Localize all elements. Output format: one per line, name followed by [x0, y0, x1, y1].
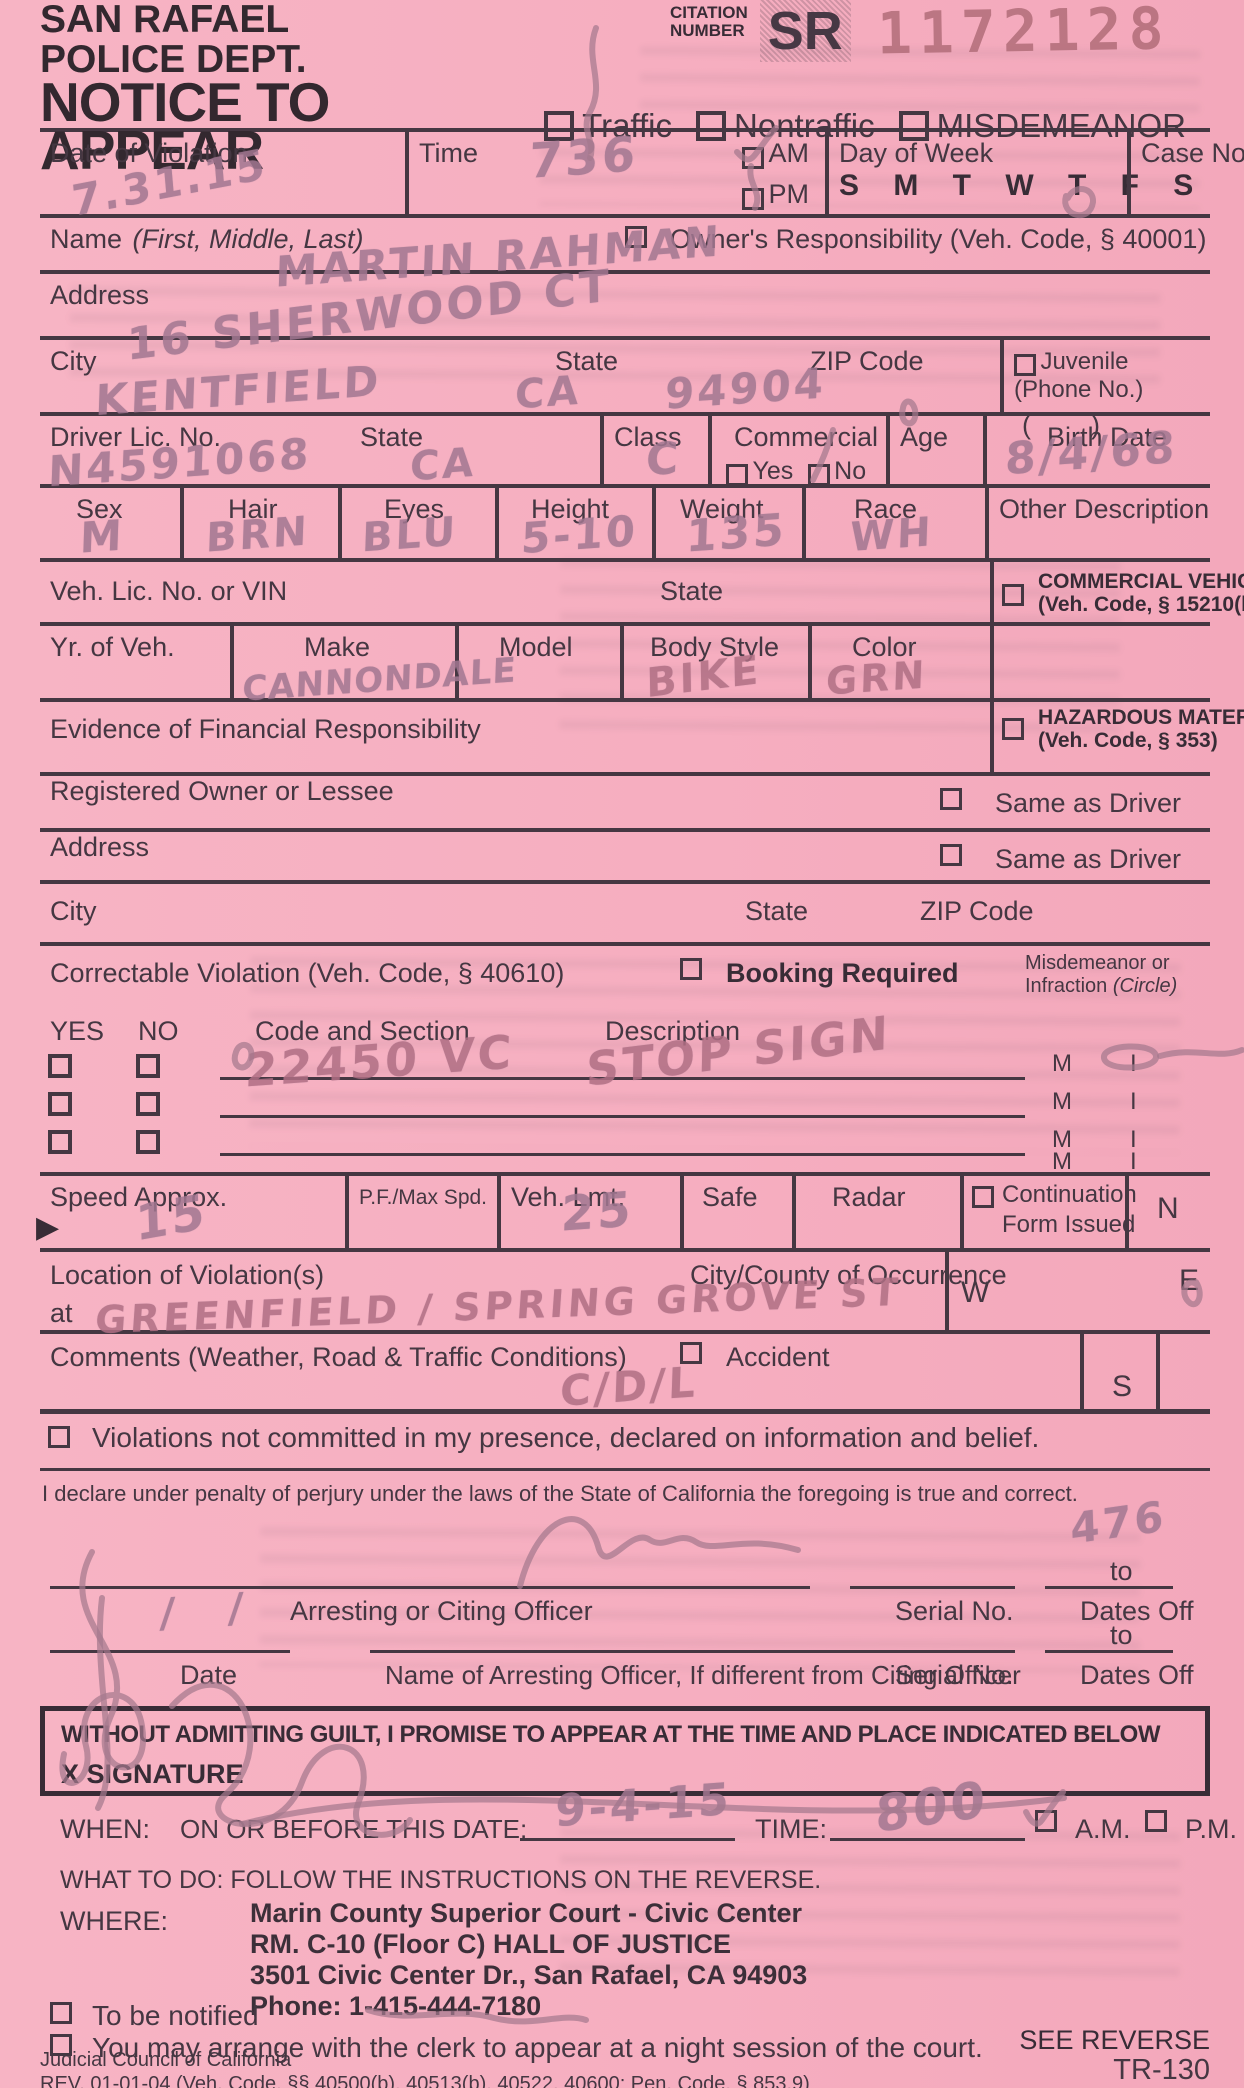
not-committed-row: Violations not committed in my presence,…: [40, 1414, 1210, 1468]
same-as-driver-label-2: Same as Driver: [985, 838, 1181, 875]
booking-required-label: Booking Required: [716, 952, 959, 989]
what-to-do-label: WHAT TO DO: FOLLOW THE INSTRUCTIONS ON T…: [50, 1860, 821, 1895]
yes-col-label: YES: [40, 1010, 104, 1047]
court-name: Marin County Superior Court - Civic Cent…: [250, 1898, 807, 1929]
pm-label: PM: [768, 179, 809, 209]
accident-label: Accident: [716, 1336, 830, 1373]
commercial-label: Commercial: [712, 416, 886, 453]
continuation-form-label: ContinuationForm Issued: [1002, 1180, 1137, 1240]
weight-value: 135: [685, 504, 787, 562]
other-description-label: Other Description: [989, 488, 1210, 525]
commercial-no-checkbox: [808, 464, 830, 486]
case-no-label: Case No.: [1131, 132, 1210, 169]
yr-of-veh-label: Yr. of Veh.: [40, 626, 230, 663]
physical-description-row: Sex M Hair BRN Eyes BLU Height 5-10 Weig…: [40, 488, 1210, 562]
appear-am-label: A.M.: [1065, 1808, 1131, 1845]
evidence-label: Evidence of Financial Responsibility: [40, 708, 481, 745]
citation-number-label: CITATION NUMBER: [670, 4, 748, 40]
violation2-yes-checkbox: [48, 1092, 72, 1116]
to-be-notified-checkbox: [50, 2002, 72, 2024]
am-label: AM: [768, 138, 809, 168]
owner-address-label: Address: [40, 826, 149, 862]
owner-zip-label: ZIP Code: [910, 890, 1034, 927]
registered-owner-label: Registered Owner or Lessee: [40, 770, 394, 806]
speed-row: Speed Approx. ▶ 15 P.F./Max Spd. Veh. Lm…: [40, 1176, 1210, 1252]
date-label: Date: [170, 1654, 237, 1691]
where-block: WHERE: Marin County Superior Court - Civ…: [40, 1898, 1210, 2000]
age-label: Age: [890, 416, 983, 453]
eyes-value: BLU: [361, 509, 458, 562]
appear-date-value: 9-4-15: [554, 1774, 732, 1838]
arrow-marker: ▶: [36, 1210, 59, 1245]
owner-responsibility-label: Owner's Responsibility (Veh. Code, § 400…: [660, 218, 1206, 255]
dates-off-label-2: Dates Off: [1070, 1654, 1194, 1691]
where-label: WHERE:: [50, 1900, 168, 1937]
time-value: 736: [528, 126, 639, 190]
compass-east: E: [1179, 1264, 1199, 1298]
day-of-week-days: S M T W T F S: [829, 169, 1127, 203]
commercial-yes-label: Yes: [752, 457, 793, 485]
violation3-no-checkbox: [136, 1130, 160, 1154]
citing-officer-label: Arresting or Citing Officer: [280, 1590, 593, 1627]
violation3-yes-checkbox: [48, 1130, 72, 1154]
appear-am-checkbox: [1035, 1810, 1057, 1832]
pf-max-spd-label: P.F./Max Spd.: [349, 1176, 497, 1210]
race-value: WH: [849, 509, 934, 561]
sex-value: M: [79, 510, 125, 562]
violation1-i: I: [1130, 1050, 1137, 1078]
perjury-row: I declare under penalty of perjury under…: [40, 1468, 1210, 1526]
citation-form: SAN RAFAEL POLICE DEPT. CITATION NUMBER …: [0, 0, 1244, 2088]
address-label: Address: [40, 274, 1210, 311]
comments-row: Comments (Weather, Road & Traffic Condit…: [40, 1334, 1210, 1414]
vehicle-detail-row: Yr. of Veh. Make CANNONDALE Model Body S…: [40, 626, 1210, 702]
same-as-driver-checkbox-1: [940, 788, 962, 810]
owner-state-label: State: [735, 890, 808, 927]
violation-date-row: Date of Violation 7.31.15 Time 736 AM PM…: [40, 132, 1210, 218]
appear-pm-label: P.M.: [1175, 1808, 1237, 1845]
when-label: WHEN:: [50, 1808, 150, 1845]
misdemeanor-or-infraction-note: Misdemeanor or Infraction (Circle): [1025, 952, 1177, 998]
officer-block: Arresting or Citing Officer Serial No. D…: [40, 1526, 1210, 1702]
commercial-yes-checkbox: [726, 464, 748, 486]
pm-checkbox: [742, 188, 764, 210]
revision-label: REV. 01-01-04 (Veh. Code, §§ 40500(b), 4…: [40, 2072, 810, 2088]
vin-label: Veh. Lic. No. or VIN: [40, 570, 287, 607]
hair-value: BRN: [205, 508, 310, 561]
commercial-no-label: No: [834, 457, 866, 485]
safe-label: Safe: [684, 1176, 792, 1213]
serial-no-label-1: Serial No.: [885, 1590, 1014, 1627]
city-state-value: CA: [514, 368, 582, 419]
court-room: RM. C-10 (Floor C) HALL OF JUSTICE: [250, 1929, 807, 1960]
at-label: at: [40, 1292, 73, 1329]
commercial-vehicle-code: (Veh. Code, § 15210(b)): [1038, 593, 1244, 616]
color-value: GRN: [825, 652, 928, 703]
promise-text: WITHOUT ADMITTING GUILT, I PROMISE TO AP…: [61, 1721, 1189, 1749]
conditions-value: C/D/L: [559, 1357, 699, 1416]
what-to-do-row: WHAT TO DO: FOLLOW THE INSTRUCTIONS ON T…: [40, 1858, 1210, 1898]
to-label-1: to: [1100, 1550, 1133, 1587]
booking-required-checkbox: [680, 958, 702, 980]
continuation-form-checkbox: [972, 1186, 994, 1208]
serial-no-label-2: Serial No.: [885, 1654, 1014, 1691]
same-as-driver-label-1: Same as Driver: [985, 782, 1181, 819]
day-of-week-label: Day of Week: [829, 132, 1127, 169]
not-committed-label: Violations not committed in my presence,…: [92, 1422, 1039, 1454]
city-label: City: [40, 340, 97, 377]
judicial-council-label: Judicial Council of California: [40, 2048, 810, 2072]
footer: Judicial Council of California REV. 01-0…: [40, 2062, 1210, 2088]
address-row: Address 16 SHERWOOD CT: [40, 274, 1210, 340]
veh-lmt-value: 25: [560, 1181, 635, 1242]
location-label: Location of Violation(s): [40, 1254, 324, 1291]
appear-pm-checkbox: [1145, 1810, 1167, 1832]
violation4-m: M: [1052, 1148, 1072, 1176]
violation2-i: I: [1130, 1088, 1137, 1116]
violation4-i: I: [1130, 1148, 1137, 1176]
not-committed-checkbox: [48, 1426, 70, 1448]
class-value: C: [645, 433, 682, 487]
to-be-notified-label: To be notified: [92, 2000, 259, 2032]
same-as-driver-checkbox-2: [940, 844, 962, 866]
date-slashes-value: / /: [159, 1585, 246, 1637]
vehicle-license-row: Veh. Lic. No. or VIN State COMMERCIAL VE…: [40, 562, 1210, 626]
radar-label: Radar: [796, 1176, 960, 1213]
commercial-vehicle-label: COMMERCIAL VEHICLE: [1038, 570, 1244, 593]
violation2-no-checkbox: [136, 1092, 160, 1116]
time-field-label: TIME:: [745, 1808, 827, 1845]
no-col-label: NO: [128, 1010, 179, 1047]
violation1-no-checkbox: [136, 1054, 160, 1078]
owner-address-row: Address Same as Driver: [40, 832, 1210, 884]
compass-west: W: [961, 1276, 989, 1310]
hazardous-material-checkbox: [1002, 718, 1024, 740]
see-reverse-label: SEE REVERSE: [1019, 2026, 1210, 2054]
when-row: WHEN: ON OR BEFORE THIS DATE: TIME: A.M.…: [40, 1796, 1210, 1858]
violations-section: Correctable Violation (Veh. Code, § 4061…: [40, 946, 1210, 1176]
financial-responsibility-row: Evidence of Financial Responsibility HAZ…: [40, 702, 1210, 776]
registered-owner-row: Registered Owner or Lessee Same as Drive…: [40, 776, 1210, 832]
speed-value: 15: [135, 1183, 209, 1252]
correctable-violation-label: Correctable Violation (Veh. Code, § 4061…: [40, 952, 564, 989]
owner-city-label: City: [40, 890, 97, 927]
header: SAN RAFAEL POLICE DEPT. CITATION NUMBER …: [40, 0, 1210, 132]
height-value: 5-10: [520, 506, 639, 563]
veh-state-label: State: [650, 570, 723, 607]
hazardous-material-code: (Veh. Code, § 353): [1038, 729, 1244, 752]
owner-city-row: City State ZIP Code: [40, 884, 1210, 946]
am-checkbox: [742, 147, 764, 169]
court-address: 3501 Civic Center Dr., San Rafael, CA 94…: [250, 1960, 807, 1991]
driver-license-row: Driver Lic. No. State N4591068 CA Class …: [40, 416, 1210, 488]
juvenile-checkbox: [1014, 354, 1036, 376]
violation1-yes-checkbox: [48, 1054, 72, 1078]
location-row: Location of Violation(s) City/County of …: [40, 1252, 1210, 1334]
name-row: Name (First, Middle, Last) Owner's Respo…: [40, 218, 1210, 274]
violation1-m: M: [1052, 1050, 1072, 1078]
citation-number-stamp: 1172128: [876, 0, 1170, 65]
commercial-vehicle-checkbox: [1002, 584, 1024, 606]
perjury-text: I declare under penalty of perjury under…: [42, 1481, 1078, 1507]
compass-south: S: [1112, 1370, 1132, 1404]
violation2-m: M: [1052, 1088, 1072, 1116]
comments-label: Comments (Weather, Road & Traffic Condit…: [40, 1336, 627, 1373]
form-number-label: TR-130: [1019, 2054, 1210, 2086]
birth-date-value: 8/4/68: [1004, 422, 1178, 485]
zip-value: 94904: [664, 358, 826, 418]
to-label-2: to: [1100, 1614, 1133, 1651]
citation-number-block: CITATION NUMBER SR 1172128: [670, 0, 1170, 62]
citation-prefix-stamp: SR: [760, 0, 851, 62]
hazardous-material-label: HAZARDOUS MATERIAL: [1038, 706, 1244, 729]
on-or-before-label: ON OR BEFORE THIS DATE:: [170, 1808, 527, 1845]
compass-north: N: [1157, 1192, 1179, 1226]
dl-state-value: CA: [409, 440, 477, 491]
